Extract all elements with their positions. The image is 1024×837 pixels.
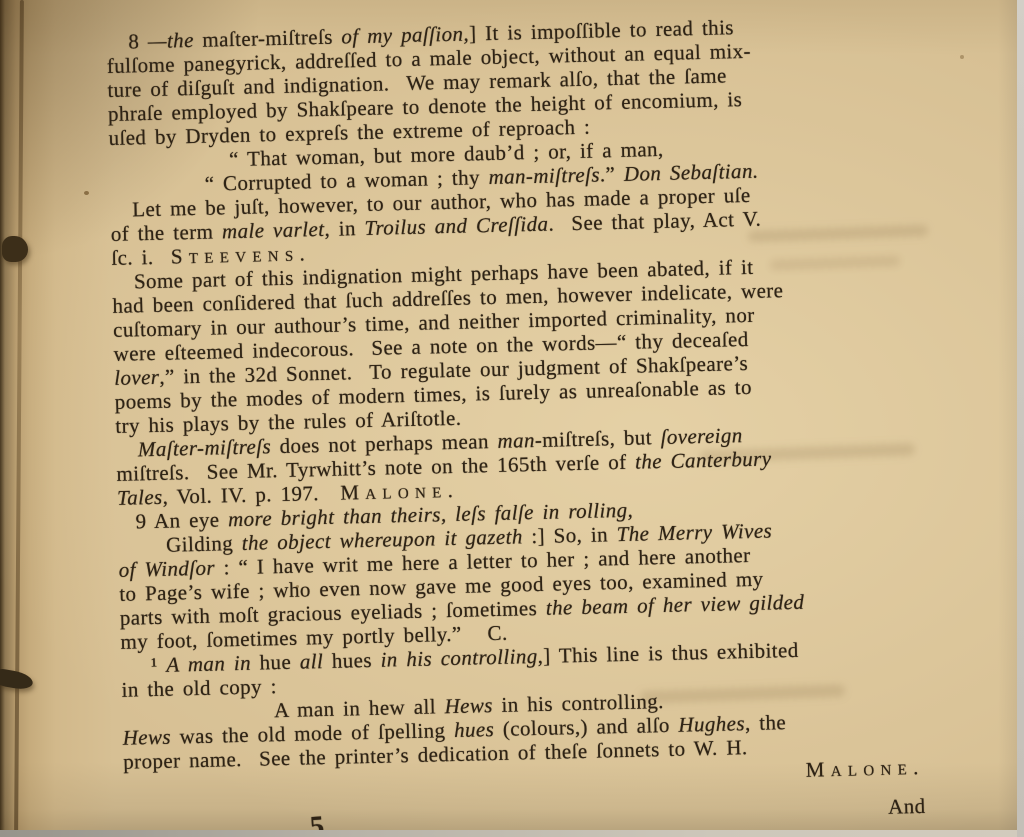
scan-edge-right [1017,0,1024,837]
dust-speck [84,191,89,195]
book-page: 8 —the maſter-miſtreſs of my paſſion,] I… [0,0,1024,837]
page-gutter [14,0,24,837]
binding-stitch [0,668,34,691]
dust-speck [960,55,964,59]
scan-edge-bottom [0,830,1017,837]
binding-stitch [2,236,28,262]
text-block: 8 —the maſter-miſtreſs of my paſſion,] I… [106,10,971,837]
